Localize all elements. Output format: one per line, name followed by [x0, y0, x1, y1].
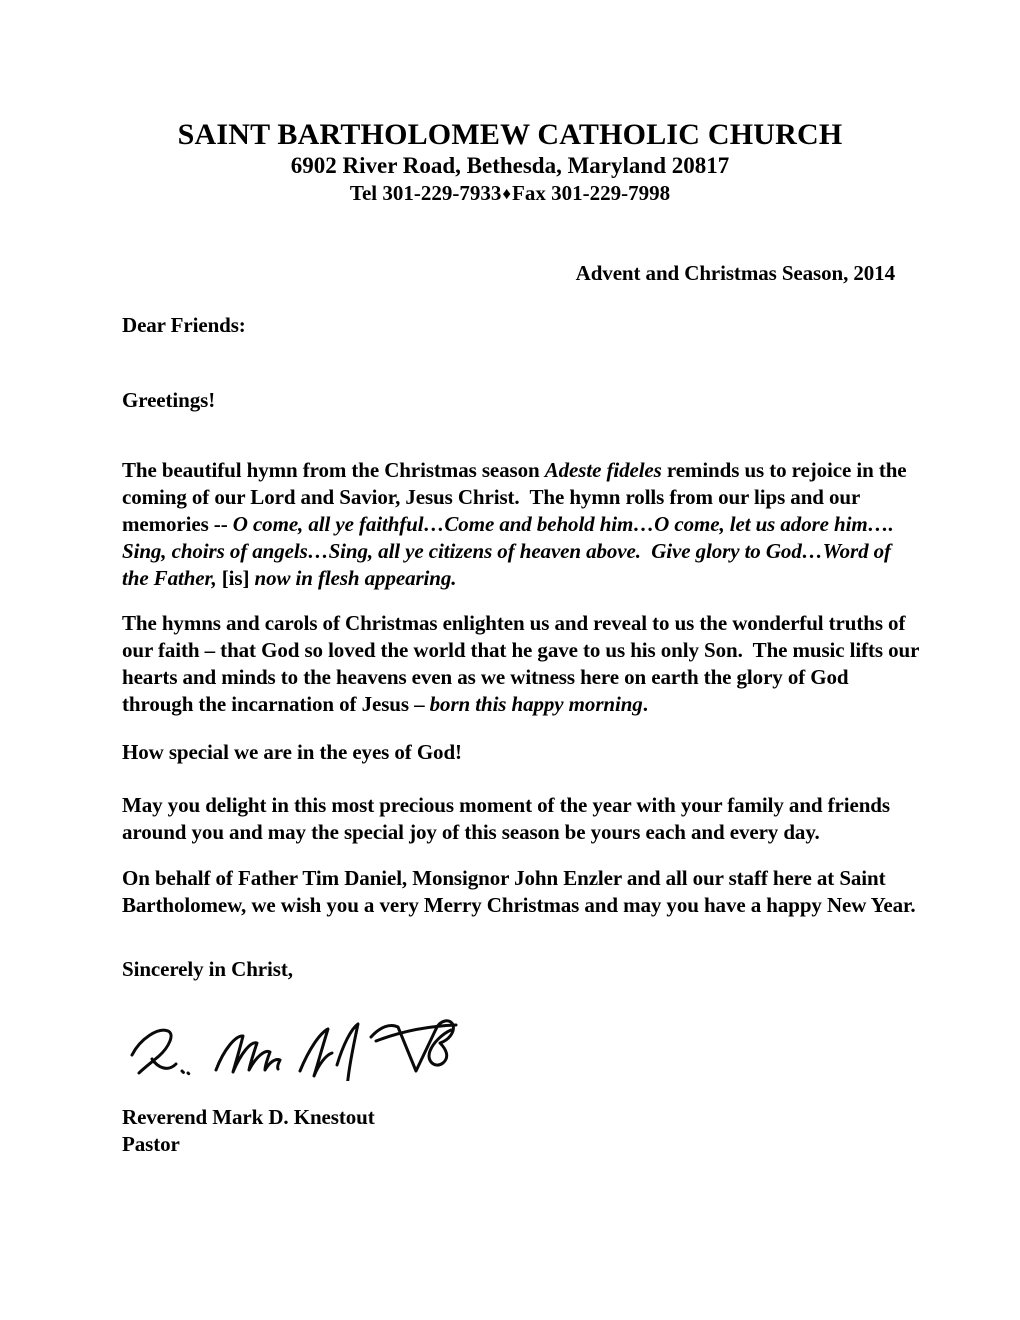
signature-svg [124, 1003, 459, 1081]
church-name: SAINT BARTHOLOMEW CATHOLIC CHURCH [0, 118, 1020, 152]
closing-line: Sincerely in Christ, [122, 956, 920, 983]
signer-title: Pastor [122, 1131, 920, 1158]
salutation: Dear Friends: [122, 312, 920, 339]
signature-image [124, 1003, 459, 1081]
letterhead: SAINT BARTHOLOMEW CATHOLIC CHURCH 6902 R… [0, 118, 1020, 208]
church-contact: Tel 301-229-7933♦Fax 301-229-7998 [0, 180, 1020, 208]
date-line: Advent and Christmas Season, 2014 [122, 260, 920, 287]
letter-paragraph-3: How special we are in the eyes of God! [122, 739, 920, 766]
letter-paragraph-1: The beautiful hymn from the Christmas se… [122, 457, 920, 592]
fax-number: Fax 301-229-7998 [512, 181, 670, 205]
signer-name: Reverend Mark D. Knestout [122, 1104, 920, 1131]
letter-page: SAINT BARTHOLOMEW CATHOLIC CHURCH 6902 R… [0, 0, 1020, 1320]
greeting: Greetings! [122, 387, 920, 414]
letter-body: Advent and Christmas Season, 2014 Dear F… [0, 260, 920, 1158]
church-address: 6902 River Road, Bethesda, Maryland 2081… [0, 152, 1020, 180]
letter-paragraph-4: May you delight in this most precious mo… [122, 792, 920, 846]
letter-paragraph-5: On behalf of Father Tim Daniel, Monsigno… [122, 865, 920, 919]
letter-paragraph-2: The hymns and carols of Christmas enligh… [122, 610, 920, 718]
diamond-icon: ♦ [501, 181, 512, 207]
tel-number: Tel 301-229-7933 [350, 181, 501, 205]
